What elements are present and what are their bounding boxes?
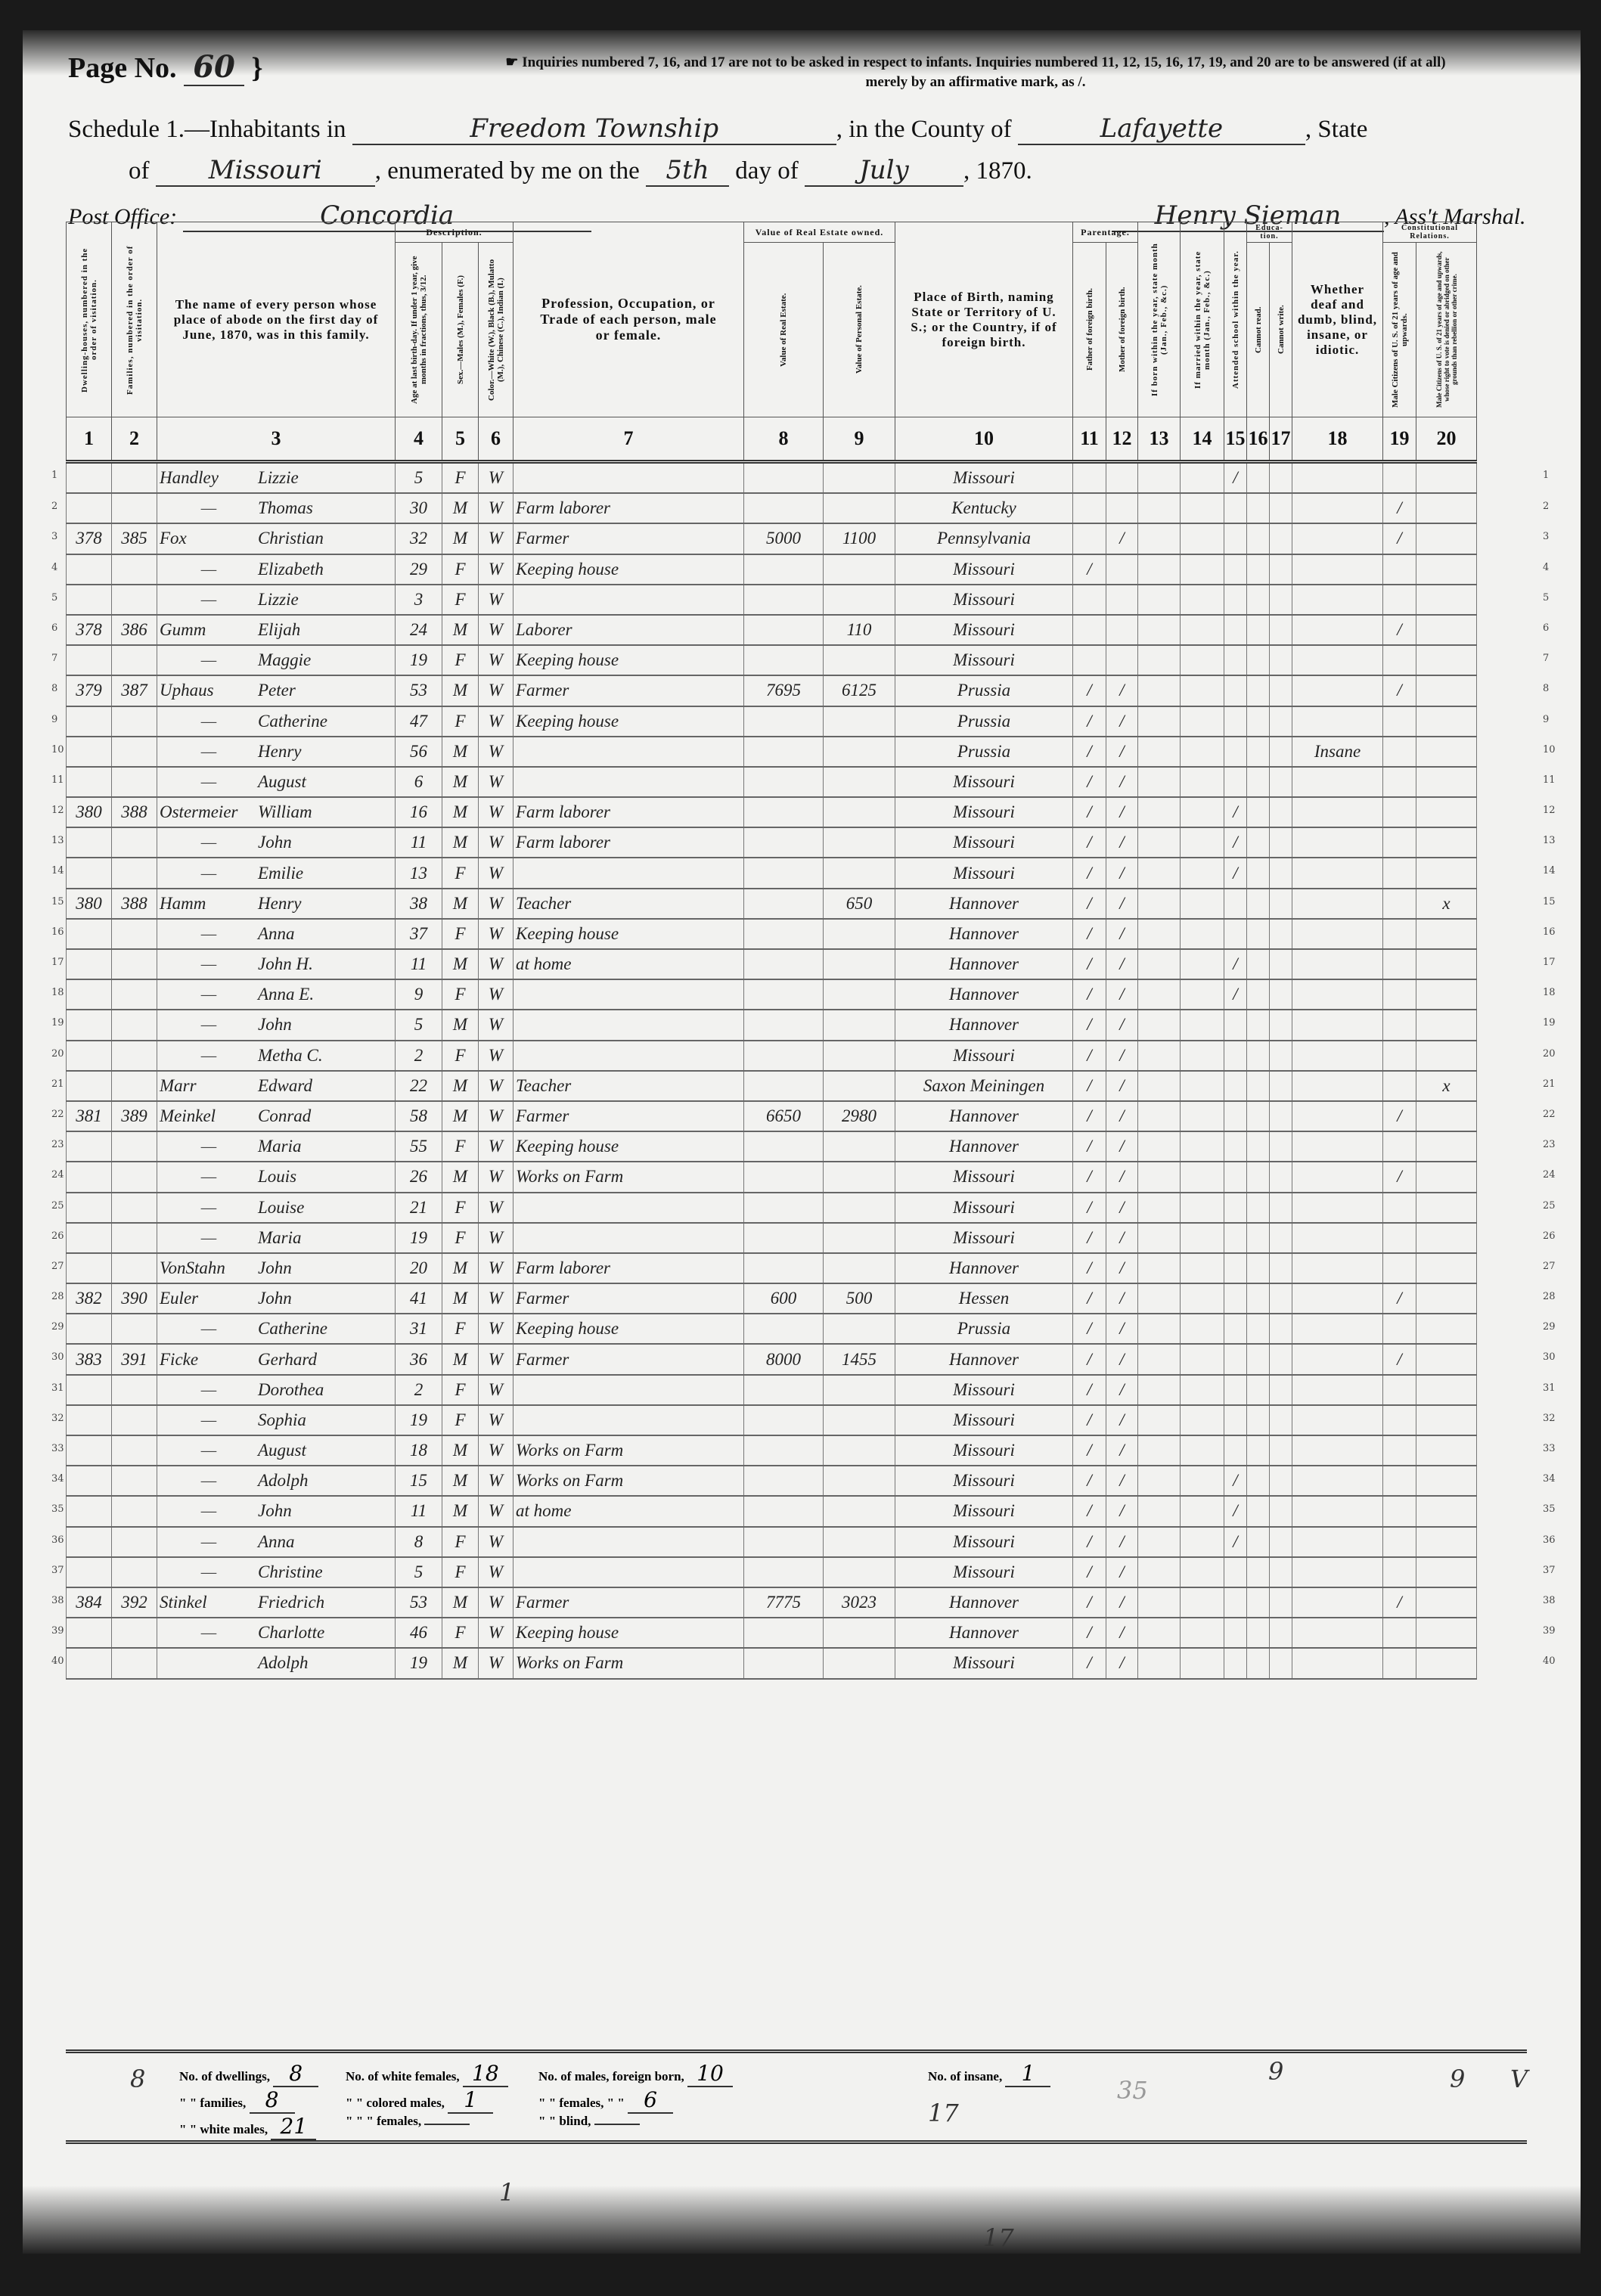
married-year-cell	[1181, 1131, 1224, 1162]
father-foreign-cell	[1073, 493, 1106, 523]
sex-cell: F	[442, 1223, 479, 1253]
citizen-cell	[1383, 554, 1416, 585]
cannot-write-cell	[1270, 1162, 1292, 1192]
occupation-cell: Keeping house	[513, 1131, 744, 1162]
mother-foreign-cell: /	[1106, 737, 1138, 767]
col-header-citizen: Male Citizens of U. S. of 21 years of ag…	[1391, 250, 1409, 409]
married-year-cell	[1181, 889, 1224, 919]
age-cell: 21	[396, 1193, 442, 1223]
disability-cell	[1292, 858, 1383, 888]
name-cell: OstermeierWilliam	[157, 797, 396, 827]
line-number: 8	[51, 683, 57, 694]
real-estate-cell: 7775	[744, 1587, 824, 1618]
born-year-cell	[1138, 493, 1181, 523]
citizen-cell	[1383, 1557, 1416, 1587]
sex-cell: M	[442, 1496, 479, 1526]
given-name: Thomas	[258, 498, 313, 517]
disability-cell	[1292, 979, 1383, 1010]
real-estate-cell: 5000	[744, 523, 824, 554]
surname: —	[160, 985, 258, 1004]
vote-denied-cell	[1416, 493, 1477, 523]
born-year-cell	[1138, 827, 1181, 858]
married-year-cell	[1181, 585, 1224, 615]
birthplace-cell: Hannover	[895, 889, 1073, 919]
father-foreign-cell: /	[1073, 1618, 1106, 1648]
age-cell: 56	[396, 737, 442, 767]
born-year-cell	[1138, 1010, 1181, 1040]
surname: Ficke	[160, 1350, 258, 1370]
mother-foreign-cell	[1106, 493, 1138, 523]
line-number: 17	[51, 957, 64, 968]
citizen-cell	[1383, 1131, 1416, 1162]
disability-cell	[1292, 1648, 1383, 1678]
cannot-read-cell	[1247, 1527, 1270, 1557]
vote-denied-cell	[1416, 1405, 1477, 1435]
dwelling-number	[67, 858, 112, 888]
column-number: 11	[1073, 417, 1106, 462]
cannot-write-cell	[1270, 1253, 1292, 1283]
birthplace-cell: Prussia	[895, 1314, 1073, 1344]
family-number	[112, 949, 157, 979]
father-foreign-cell: /	[1073, 979, 1106, 1010]
school-cell	[1224, 1587, 1247, 1618]
cannot-read-cell	[1247, 554, 1270, 585]
surname: —	[160, 1623, 258, 1643]
cannot-write-cell	[1270, 797, 1292, 827]
mother-foreign-cell: /	[1106, 1223, 1138, 1253]
name-cell: —Anna	[157, 919, 396, 949]
school-cell: /	[1224, 1496, 1247, 1526]
given-name: Dorothea	[258, 1380, 324, 1399]
citizen-cell: /	[1383, 1101, 1416, 1131]
summary-white-females: No. of white females, 18	[346, 2061, 508, 2087]
birthplace-cell: Kentucky	[895, 493, 1073, 523]
married-year-cell	[1181, 1041, 1224, 1071]
school-cell: /	[1224, 858, 1247, 888]
father-foreign-cell: /	[1073, 1131, 1106, 1162]
real-estate-cell	[744, 1618, 824, 1648]
citizen-cell: /	[1383, 615, 1416, 645]
birthplace-cell: Hannover	[895, 1344, 1073, 1374]
table-row: —John H.11MWat homeHannover///	[67, 949, 1477, 979]
column-number: 14	[1181, 417, 1224, 462]
family-number	[112, 1648, 157, 1678]
cannot-write-cell	[1270, 1618, 1292, 1648]
sex-cell: F	[442, 1405, 479, 1435]
summary-foreign-males: No. of males, foreign born, 10	[538, 2061, 733, 2087]
real-estate-cell	[744, 1466, 824, 1496]
school-cell: /	[1224, 1527, 1247, 1557]
birthplace-cell: Missouri	[895, 1435, 1073, 1466]
personal-estate-cell	[824, 1253, 895, 1283]
dwelling-number	[67, 1314, 112, 1344]
line-number: 36	[1543, 1534, 1556, 1546]
age-cell: 5	[396, 1557, 442, 1587]
age-cell: 19	[396, 645, 442, 675]
real-estate-cell	[744, 615, 824, 645]
school-cell	[1224, 675, 1247, 706]
vote-denied-cell	[1416, 1587, 1477, 1618]
birthplace-cell: Missouri	[895, 615, 1073, 645]
line-number: 11	[1543, 774, 1556, 786]
table-row: —Elizabeth29FWKeeping houseMissouri/	[67, 554, 1477, 585]
birthplace-cell: Missouri	[895, 827, 1073, 858]
sex-cell: M	[442, 889, 479, 919]
family-number: 392	[112, 1587, 157, 1618]
age-cell: 30	[396, 493, 442, 523]
name-cell: —Anna E.	[157, 979, 396, 1010]
age-cell: 53	[396, 1587, 442, 1618]
real-estate-cell	[744, 1010, 824, 1040]
age-cell: 53	[396, 675, 442, 706]
column-number: 1	[67, 417, 112, 462]
color-cell: W	[479, 1587, 513, 1618]
given-name: Louise	[258, 1198, 304, 1217]
line-number: 24	[1543, 1169, 1556, 1181]
column-number-row: 1234567891011121314151617181920	[67, 417, 1477, 462]
sex-cell: F	[442, 1193, 479, 1223]
mother-foreign-cell: /	[1106, 1253, 1138, 1283]
name-cell: GummElijah	[157, 615, 396, 645]
given-name: Anna	[258, 1532, 295, 1551]
married-year-cell	[1181, 1466, 1224, 1496]
occupation-cell	[513, 1223, 744, 1253]
birthplace-cell: Hannover	[895, 1618, 1073, 1648]
color-cell: W	[479, 1253, 513, 1283]
table-row: —Anna E.9FWHannover///	[67, 979, 1477, 1010]
line-number: 26	[51, 1230, 64, 1242]
name-cell: —Thomas	[157, 493, 396, 523]
family-number: 388	[112, 889, 157, 919]
occupation-cell: Works on Farm	[513, 1648, 744, 1678]
vote-denied-cell	[1416, 737, 1477, 767]
personal-estate-cell	[824, 1557, 895, 1587]
given-name: William	[258, 802, 312, 821]
age-cell: 16	[396, 797, 442, 827]
real-estate-cell	[744, 1253, 824, 1283]
dwelling-number	[67, 1496, 112, 1526]
father-foreign-cell: /	[1073, 1587, 1106, 1618]
occupation-cell: Keeping house	[513, 1314, 744, 1344]
line-number: 17	[1543, 957, 1556, 968]
given-name: Maria	[258, 1137, 302, 1156]
line-number: 4	[51, 562, 57, 573]
birthplace-cell: Missouri	[895, 797, 1073, 827]
family-number	[112, 1010, 157, 1040]
school-cell	[1224, 1162, 1247, 1192]
father-foreign-cell: /	[1073, 1344, 1106, 1374]
given-name: Catherine	[258, 1319, 327, 1338]
name-cell: —Dorothea	[157, 1375, 396, 1405]
occupation-cell	[513, 585, 744, 615]
dwelling-number	[67, 1131, 112, 1162]
real-estate-cell: 7695	[744, 675, 824, 706]
line-number: 34	[1543, 1473, 1556, 1485]
occupation-cell: Works on Farm	[513, 1162, 744, 1192]
personal-estate-cell	[824, 1041, 895, 1071]
line-number: 26	[1543, 1230, 1556, 1242]
married-year-cell	[1181, 523, 1224, 554]
cannot-read-cell	[1247, 827, 1270, 858]
surname: —	[160, 712, 258, 731]
mother-foreign-cell	[1106, 554, 1138, 585]
disability-cell	[1292, 1557, 1383, 1587]
given-name: Henry	[258, 894, 301, 913]
occupation-cell: Farmer	[513, 1283, 744, 1314]
dwelling-number: 383	[67, 1344, 112, 1374]
family-number	[112, 1162, 157, 1192]
table-row: —Maggie19FWKeeping houseMissouri	[67, 645, 1477, 675]
col-header-cannot-read: Cannot read.	[1254, 250, 1263, 409]
family-number	[112, 1314, 157, 1344]
disability-cell	[1292, 1223, 1383, 1253]
school-cell	[1224, 919, 1247, 949]
father-foreign-cell: /	[1073, 1466, 1106, 1496]
color-cell: W	[479, 645, 513, 675]
father-foreign-cell: /	[1073, 1041, 1106, 1071]
page-number-label: Page No. 60 }	[68, 49, 263, 86]
sex-cell: F	[442, 979, 479, 1010]
birthplace-cell: Hannover	[895, 919, 1073, 949]
day-field: 5th	[646, 155, 729, 187]
father-foreign-cell: /	[1073, 949, 1106, 979]
line-number: 21	[51, 1078, 64, 1090]
tally-col11: 35	[1117, 2076, 1148, 2105]
line-number: 24	[51, 1169, 64, 1181]
dwelling-number	[67, 827, 112, 858]
given-name: Elijah	[258, 620, 300, 639]
school-cell	[1224, 1253, 1247, 1283]
occupation-cell: Farmer	[513, 523, 744, 554]
dwelling-number: 378	[67, 523, 112, 554]
line-number: 22	[1543, 1109, 1556, 1120]
disability-cell	[1292, 1193, 1383, 1223]
real-estate-cell: 6650	[744, 1101, 824, 1131]
color-cell: W	[479, 523, 513, 554]
page-number: 60	[184, 49, 244, 86]
born-year-cell	[1138, 1618, 1181, 1648]
family-number	[112, 737, 157, 767]
disability-cell	[1292, 1314, 1383, 1344]
birthplace-cell: Hannover	[895, 1131, 1073, 1162]
father-foreign-cell	[1073, 523, 1106, 554]
born-year-cell	[1138, 1435, 1181, 1466]
married-year-cell	[1181, 554, 1224, 585]
cannot-read-cell	[1247, 1466, 1270, 1496]
color-cell: W	[479, 462, 513, 494]
disability-cell	[1292, 585, 1383, 615]
dwelling-number	[67, 1375, 112, 1405]
age-cell: 55	[396, 1131, 442, 1162]
citizen-cell	[1383, 1193, 1416, 1223]
census-table: Dwelling-houses, numbered in the order o…	[66, 222, 1477, 1680]
vote-denied-cell: x	[1416, 889, 1477, 919]
age-cell: 29	[396, 554, 442, 585]
married-year-cell	[1181, 493, 1224, 523]
age-cell: 2	[396, 1375, 442, 1405]
born-year-cell	[1138, 615, 1181, 645]
disability-cell	[1292, 1405, 1383, 1435]
family-number	[112, 919, 157, 949]
real-estate-cell	[744, 858, 824, 888]
mother-foreign-cell: /	[1106, 1527, 1138, 1557]
color-cell: W	[479, 827, 513, 858]
vote-denied-cell	[1416, 1253, 1477, 1283]
line-number: 27	[1543, 1261, 1556, 1272]
born-year-cell	[1138, 1283, 1181, 1314]
personal-estate-cell	[824, 1648, 895, 1678]
disability-cell	[1292, 1101, 1383, 1131]
personal-estate-cell	[824, 493, 895, 523]
citizen-cell	[1383, 1041, 1416, 1071]
column-number: 12	[1106, 417, 1138, 462]
occupation-cell	[513, 767, 744, 797]
color-cell: W	[479, 1375, 513, 1405]
line-number: 7	[51, 653, 57, 664]
school-cell	[1224, 1041, 1247, 1071]
dwelling-number	[67, 1223, 112, 1253]
line-number: 12	[51, 805, 64, 816]
name-cell: —Louise	[157, 1193, 396, 1223]
tally-col19: 9	[1450, 2065, 1465, 2093]
occupation-cell	[513, 1405, 744, 1435]
name-cell: —Maria	[157, 1223, 396, 1253]
col-header-color: Color.—White (W.), Black (B.), Mulatto (…	[487, 250, 505, 409]
name-cell: —August	[157, 1435, 396, 1466]
school-cell	[1224, 1344, 1247, 1374]
cannot-read-cell	[1247, 1496, 1270, 1526]
line-number: 34	[51, 1473, 64, 1485]
citizen-cell	[1383, 767, 1416, 797]
line-number: 40	[51, 1655, 64, 1667]
born-year-cell	[1138, 1527, 1181, 1557]
col-header-personal-estate: Value of Personal Estate.	[855, 250, 864, 409]
cannot-write-cell	[1270, 827, 1292, 858]
disability-cell	[1292, 1010, 1383, 1040]
line-number: 20	[51, 1048, 64, 1060]
name-cell: HandleyLizzie	[157, 462, 396, 494]
dwelling-number: 382	[67, 1283, 112, 1314]
father-foreign-cell: /	[1073, 1496, 1106, 1526]
age-cell: 24	[396, 615, 442, 645]
surname: Hamm	[160, 894, 258, 914]
table-row: 380388OstermeierWilliam16MWFarm laborerM…	[67, 797, 1477, 827]
given-name: Anna	[258, 924, 295, 943]
surname: —	[160, 1228, 258, 1248]
personal-estate-cell	[824, 1618, 895, 1648]
school-cell: /	[1224, 827, 1247, 858]
table-row: 383391FickeGerhard36MWFarmer80001455Hann…	[67, 1344, 1477, 1374]
disability-cell	[1292, 919, 1383, 949]
table-row: —Metha C.2FWMissouri//	[67, 1041, 1477, 1071]
school-cell: /	[1224, 462, 1247, 494]
table-row: —Emilie13FWMissouri///	[67, 858, 1477, 888]
line-number: 7	[1543, 653, 1549, 664]
col-header-school: Attended school within the year.	[1231, 240, 1240, 399]
table-row: —Thomas30MWFarm laborerKentucky/	[67, 493, 1477, 523]
birthplace-cell: Hannover	[895, 1101, 1073, 1131]
birthplace-cell: Hannover	[895, 979, 1073, 1010]
married-year-cell	[1181, 858, 1224, 888]
birthplace-cell: Prussia	[895, 675, 1073, 706]
table-row: —August6MWMissouri//	[67, 767, 1477, 797]
surname: Uphaus	[160, 681, 258, 700]
line-number: 31	[51, 1382, 64, 1394]
line-number: 14	[1543, 865, 1556, 877]
line-number: 39	[1543, 1625, 1556, 1637]
married-year-cell	[1181, 1618, 1224, 1648]
father-foreign-cell	[1073, 645, 1106, 675]
school-cell	[1224, 1618, 1247, 1648]
cannot-read-cell	[1247, 706, 1270, 737]
color-cell: W	[479, 585, 513, 615]
name-cell: —Sophia	[157, 1405, 396, 1435]
disability-cell	[1292, 493, 1383, 523]
page-summary: No. of dwellings, 8 " " families, 8 " " …	[66, 2049, 1527, 2144]
mother-foreign-cell: /	[1106, 1344, 1138, 1374]
line-number: 19	[1543, 1017, 1556, 1029]
citizen-cell: /	[1383, 493, 1416, 523]
personal-estate-cell: 2980	[824, 1101, 895, 1131]
mother-foreign-cell: /	[1106, 1314, 1138, 1344]
born-year-cell	[1138, 1557, 1181, 1587]
column-number: 2	[112, 417, 157, 462]
given-name: Peter	[258, 681, 296, 700]
cannot-write-cell	[1270, 1010, 1292, 1040]
name-cell: —Catherine	[157, 1314, 396, 1344]
born-year-cell	[1138, 706, 1181, 737]
age-cell: 46	[396, 1618, 442, 1648]
color-cell: W	[479, 767, 513, 797]
given-name: Christian	[258, 529, 324, 548]
col-group-value: Value of Real Estate owned.	[744, 222, 895, 243]
state-field: Missouri	[156, 155, 375, 187]
father-foreign-cell	[1073, 615, 1106, 645]
color-cell: W	[479, 949, 513, 979]
age-cell: 5	[396, 1010, 442, 1040]
cannot-write-cell	[1270, 523, 1292, 554]
family-number	[112, 979, 157, 1010]
table-row: —Lizzie3FWMissouri	[67, 585, 1477, 615]
cannot-write-cell	[1270, 949, 1292, 979]
cannot-write-cell	[1270, 1496, 1292, 1526]
disability-cell	[1292, 1527, 1383, 1557]
married-year-cell	[1181, 1162, 1224, 1192]
personal-estate-cell	[824, 1435, 895, 1466]
line-number: 6	[51, 622, 57, 634]
sex-cell: M	[442, 493, 479, 523]
col-header-vote-denied: Male Citizens of U. S. of 21 years of ag…	[1435, 250, 1458, 409]
vote-denied-cell	[1416, 797, 1477, 827]
family-number	[112, 1557, 157, 1587]
real-estate-cell	[744, 919, 824, 949]
personal-estate-cell: 6125	[824, 675, 895, 706]
occupation-cell: Keeping house	[513, 919, 744, 949]
mother-foreign-cell: /	[1106, 889, 1138, 919]
dwelling-number	[67, 585, 112, 615]
name-cell: —John	[157, 827, 396, 858]
occupation-cell	[513, 1193, 744, 1223]
cannot-read-cell	[1247, 1344, 1270, 1374]
mother-foreign-cell: /	[1106, 1466, 1138, 1496]
school-cell	[1224, 1071, 1247, 1101]
father-foreign-cell: /	[1073, 1375, 1106, 1405]
birthplace-cell: Missouri	[895, 585, 1073, 615]
occupation-cell: Farmer	[513, 1587, 744, 1618]
mother-foreign-cell: /	[1106, 858, 1138, 888]
vote-denied-cell	[1416, 858, 1477, 888]
family-number	[112, 1193, 157, 1223]
